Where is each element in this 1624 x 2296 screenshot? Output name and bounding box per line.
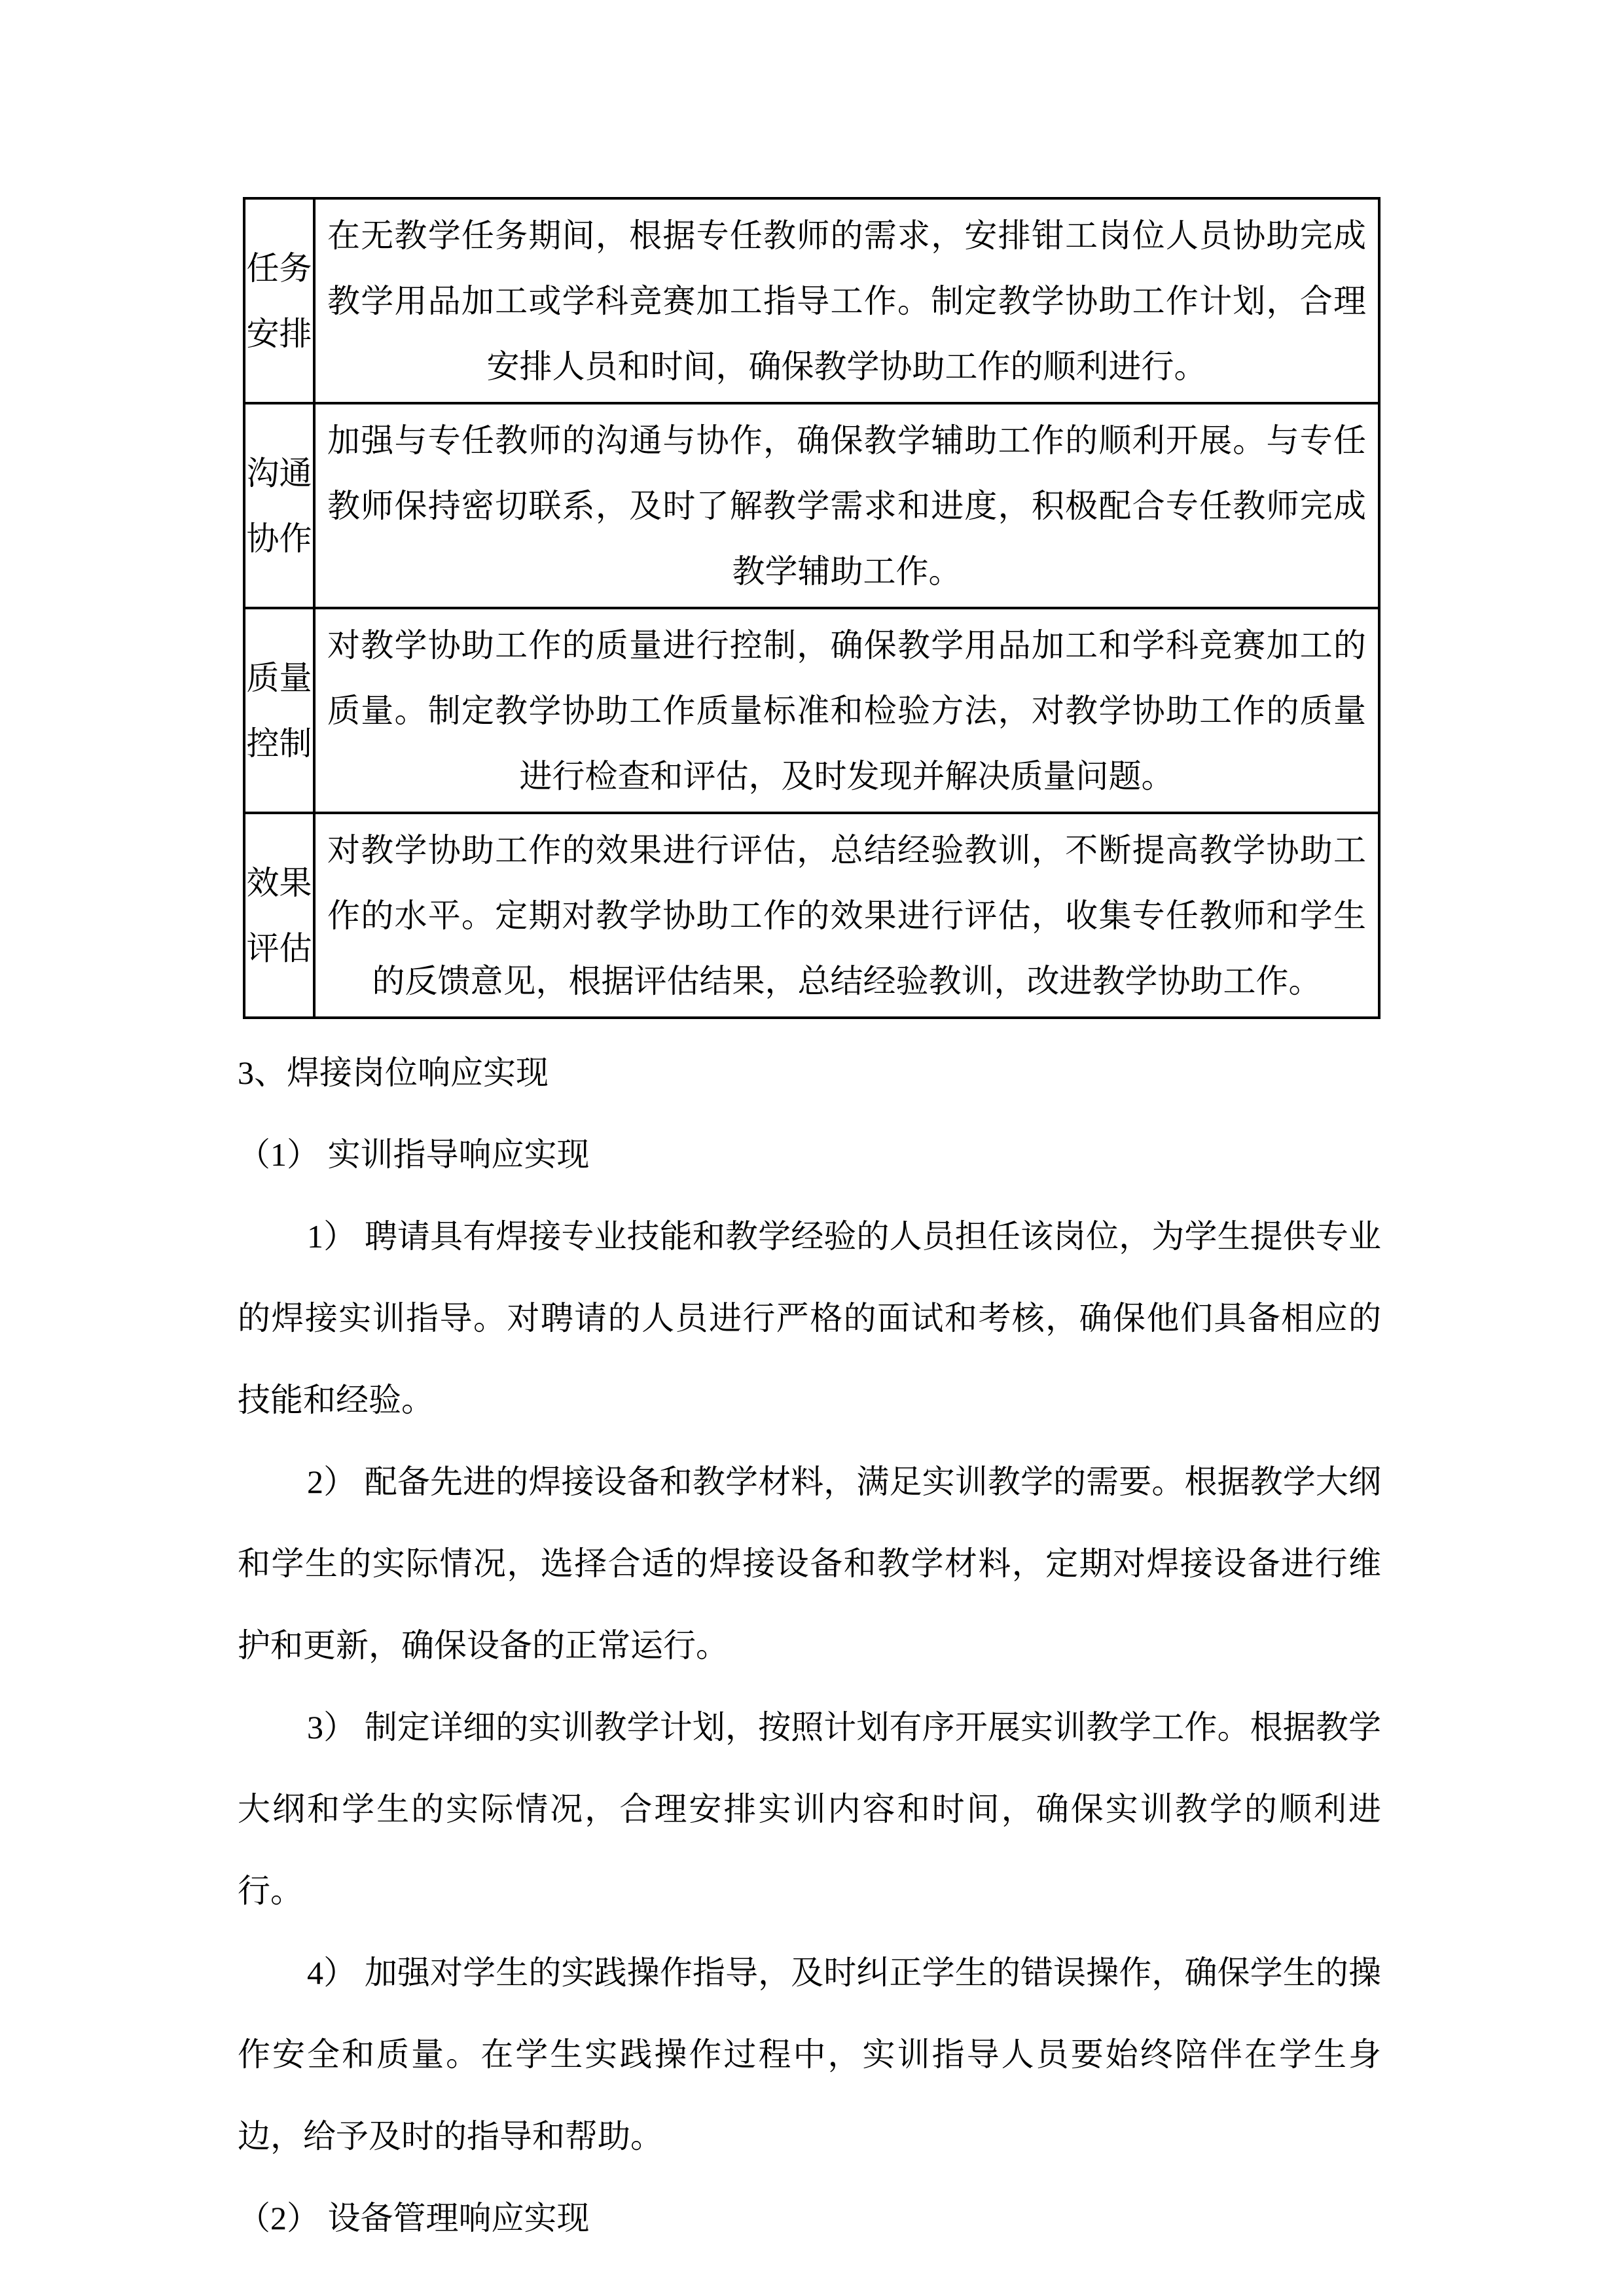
table-row: 效果评估 对教学协助工作的效果进行评估，总结经验教训，不断提高教学协助工作的水平… <box>244 813 1379 1018</box>
section-heading: 3、焊接岗位响应实现 <box>238 1032 1381 1114</box>
row-content-cell: 在无教学任务期间，根据专任教师的需求，安排钳工岗位人员协助完成教学用品加工或学科… <box>314 198 1379 403</box>
row-header-cell: 效果评估 <box>244 813 314 1018</box>
teaching-assist-duty-table: 任务安排 在无教学任务期间，根据专任教师的需求，安排钳工岗位人员协助完成教学用品… <box>243 197 1380 1019</box>
row-header-cell: 任务安排 <box>244 198 314 403</box>
body-text: 3、焊接岗位响应实现 （1） 实训指导响应实现 1） 聘请具有焊接专业技能和教学… <box>238 1032 1381 2259</box>
table-row: 任务安排 在无教学任务期间，根据专任教师的需求，安排钳工岗位人员协助完成教学用品… <box>244 198 1379 403</box>
sub-section-heading: （2） 设备管理响应实现 <box>238 2178 1381 2259</box>
table-row: 沟通协作 加强与专任教师的沟通与协作，确保教学辅助工作的顺利开展。与专任教师保持… <box>244 403 1379 608</box>
numbered-paragraph: 1） 聘请具有焊接专业技能和教学经验的人员担任该岗位，为学生提供专业的焊接实训指… <box>238 1196 1381 1441</box>
document-page: 任务安排 在无教学任务期间，根据专任教师的需求，安排钳工岗位人员协助完成教学用品… <box>0 0 1624 2296</box>
row-header-cell: 质量控制 <box>244 608 314 813</box>
numbered-paragraph: 3） 制定详细的实训教学计划，按照计划有序开展实训教学工作。根据教学大纲和学生的… <box>238 1687 1381 1932</box>
row-content-cell: 对教学协助工作的效果进行评估，总结经验教训，不断提高教学协助工作的水平。定期对教… <box>314 813 1379 1018</box>
row-content-cell: 加强与专任教师的沟通与协作，确保教学辅助工作的顺利开展。与专任教师保持密切联系，… <box>314 403 1379 608</box>
row-content-cell: 对教学协助工作的质量进行控制，确保教学用品加工和学科竞赛加工的质量。制定教学协助… <box>314 608 1379 813</box>
sub-section-heading: （1） 实训指导响应实现 <box>238 1114 1381 1196</box>
row-header-cell: 沟通协作 <box>244 403 314 608</box>
numbered-paragraph: 2） 配备先进的焊接设备和教学材料，满足实训教学的需要。根据教学大纲和学生的实际… <box>238 1441 1381 1687</box>
table-row: 质量控制 对教学协助工作的质量进行控制，确保教学用品加工和学科竞赛加工的质量。制… <box>244 608 1379 813</box>
numbered-paragraph: 4） 加强对学生的实践操作指导，及时纠正学生的错误操作，确保学生的操作安全和质量… <box>238 1932 1381 2178</box>
